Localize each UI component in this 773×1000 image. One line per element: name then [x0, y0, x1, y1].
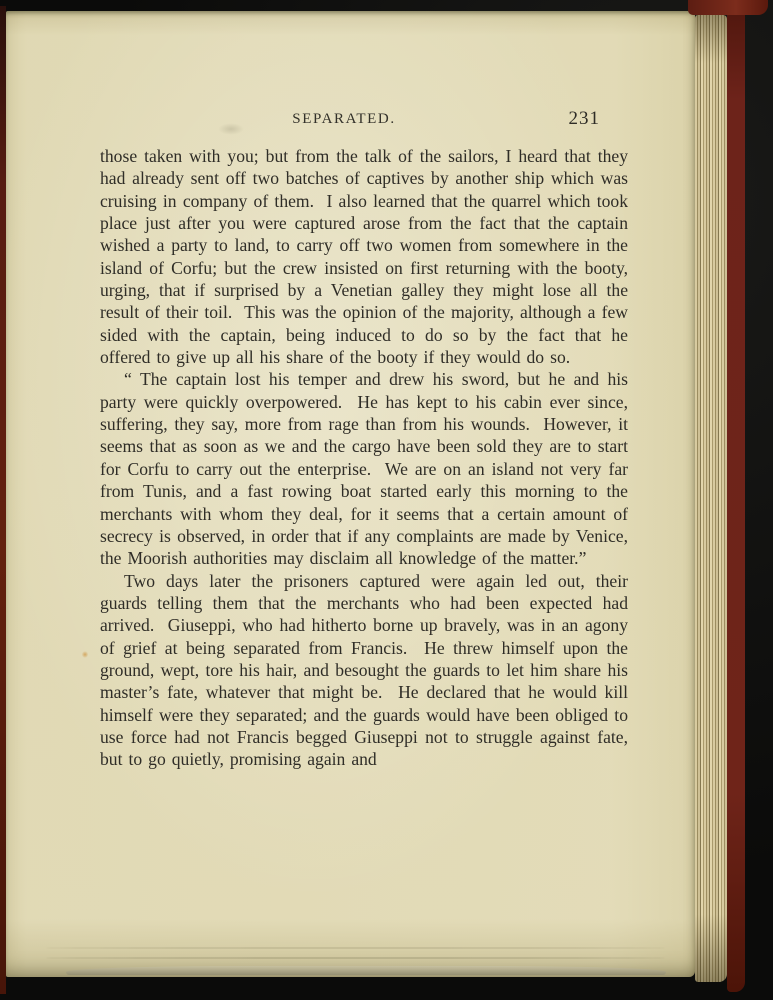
paragraph: “ The captain lost his temper and drew h…	[100, 368, 628, 569]
body-text: those taken with you; but from the talk …	[100, 145, 628, 771]
scanned-book-photo: { "book_page": { "header": { "running_ti…	[0, 0, 773, 1000]
page-fore-edge-stack	[695, 15, 727, 982]
book-cover-right-edge	[727, 0, 745, 992]
page-bottom-edge	[66, 966, 666, 975]
paper-foxing-spot	[82, 651, 88, 658]
book-cover-top-corner	[688, 0, 768, 15]
page-curl-crease	[46, 957, 665, 959]
running-title: SEPARATED.	[80, 111, 608, 128]
page-curl-crease	[46, 947, 665, 949]
page-header: SEPARATED. 231	[100, 111, 628, 137]
paragraph: Two days later the prisoners captured we…	[100, 570, 628, 771]
book-page: SEPARATED. 231 those taken with you; but…	[6, 11, 695, 977]
page-number: 231	[569, 108, 601, 130]
paragraph: those taken with you; but from the talk …	[100, 145, 628, 368]
